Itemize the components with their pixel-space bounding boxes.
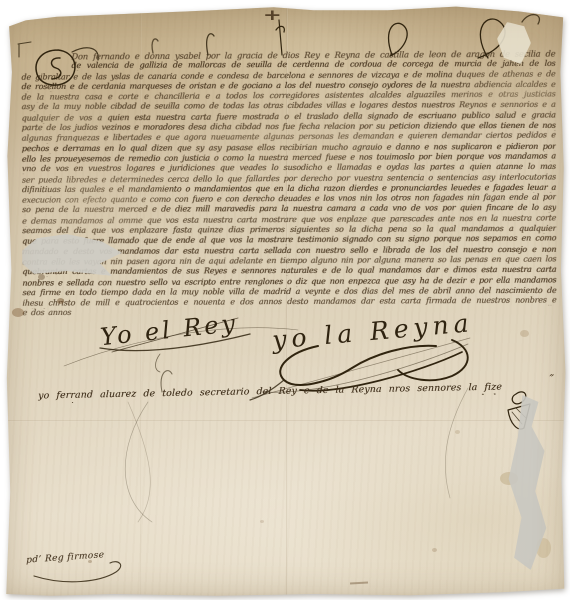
initial-letter-flourish — [18, 42, 98, 85]
signature-yo-la-reyna: yo la Reyna — [270, 308, 474, 355]
foxing-spot — [455, 430, 460, 434]
paper-shadow-wrap: + Don fernando e donna ysabel por la gra… — [0, 0, 570, 600]
foxing-spot — [88, 560, 92, 563]
photograph-background: + Don fernando e donna ysabel por la gra… — [0, 0, 570, 600]
manuscript-paper: + Don fernando e donna ysabel por la gra… — [0, 0, 570, 600]
ink-spot — [12, 308, 24, 317]
ascender-flourishes — [152, 15, 539, 58]
foxing-spot — [38, 274, 45, 280]
foxing-spot — [432, 548, 437, 552]
foxing-spot — [520, 330, 529, 337]
signature-yo-el-rey: Yo el Rey — [99, 309, 239, 351]
ink-spot — [57, 298, 64, 304]
handwriting-ink-overlay: Yo el Rey yo la Reyna — [0, 0, 570, 600]
archival-mark-tail — [34, 562, 121, 582]
foxing-spot — [260, 520, 264, 523]
